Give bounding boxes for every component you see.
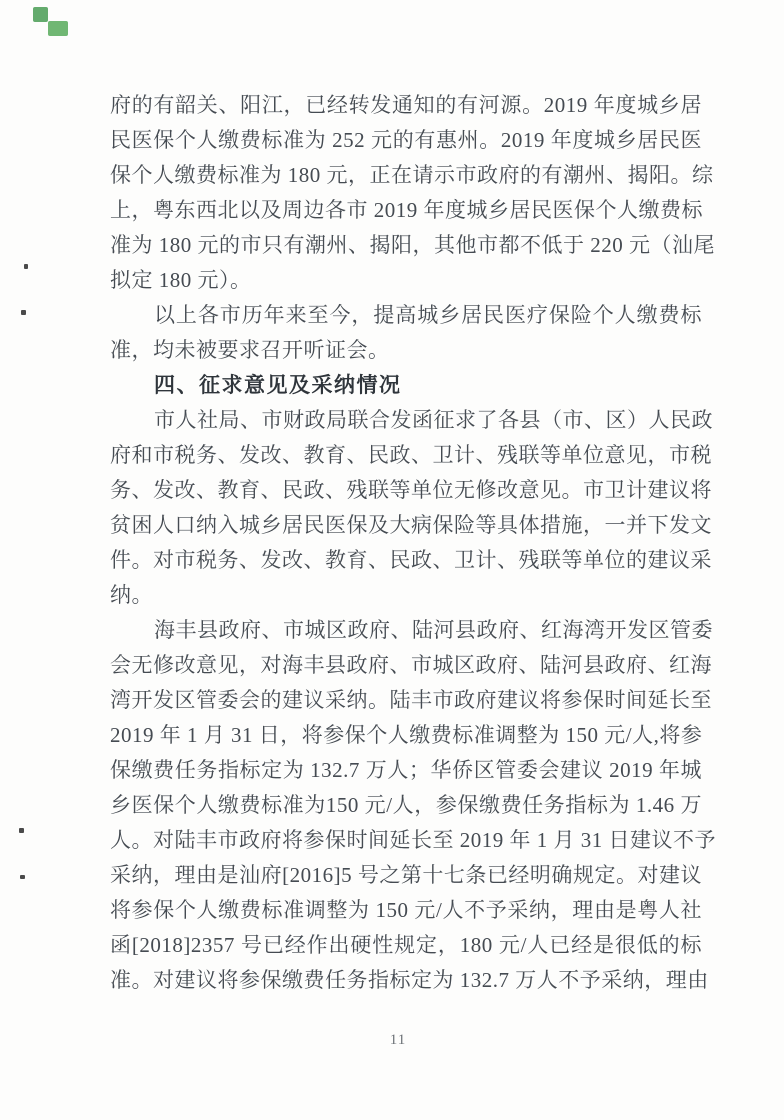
document-line: 人。对陆丰市政府将参保时间延长至 2019 年 1 月 31 日建议不予 [110,823,702,858]
document-line: 民医保个人缴费标准为 252 元的有惠州。2019 年度城乡居民医 [110,123,702,158]
document-line: 府的有韶关、阳江，已经转发通知的有河源。2019 年度城乡居 [110,88,702,123]
scanned-document-page: 府的有韶关、阳江，已经转发通知的有河源。2019 年度城乡居民医保个人缴费标准为… [0,0,784,1120]
document-line: 纳。 [110,578,702,613]
document-line: 湾开发区管委会的建议采纳。陆丰市政府建议将参保时间延长至 [110,683,702,718]
document-line: 海丰县政府、市城区政府、陆河县政府、红海湾开发区管委 [110,613,702,648]
scan-artifact-green-square-1 [33,7,48,22]
document-line: 四、征求意见及采纳情况 [110,368,702,403]
document-line: 采纳，理由是汕府[2016]5 号之第十七条已经明确规定。对建议 [110,858,702,893]
document-line: 保个人缴费标准为 180 元，正在请示市政府的有潮州、揭阳。综 [110,158,702,193]
document-line: 将参保个人缴费标准调整为 150 元/人不予采纳，理由是粤人社 [110,893,702,928]
document-line: 件。对市税务、发改、教育、民政、卫计、残联等单位的建议采 [110,543,702,578]
document-line: 府和市税务、发改、教育、民政、卫计、残联等单位意见，市税 [110,438,702,473]
document-line: 函[2018]2357 号已经作出硬性规定，180 元/人已经是很低的标 [110,928,702,963]
document-line: 准为 180 元的市只有潮州、揭阳，其他市都不低于 220 元（汕尾 [110,228,702,263]
scan-artifact-green-square-2 [48,21,68,36]
document-line: 准，均未被要求召开听证会。 [110,333,702,368]
document-line: 上，粤东西北以及周边各市 2019 年度城乡居民医保个人缴费标 [110,193,702,228]
document-line: 保缴费任务指标定为 132.7 万人；华侨区管委会建议 2019 年城 [110,753,702,788]
document-line: 务、发改、教育、民政、残联等单位无修改意见。市卫计建议将 [110,473,702,508]
scan-speck-dot [19,828,24,833]
scan-speck-dot [24,264,28,269]
scan-speck-dot [20,875,25,879]
document-line: 市人社局、市财政局联合发函征求了各县（市、区）人民政 [110,403,702,438]
document-line: 贫困人口纳入城乡居民医保及大病保险等具体措施，一并下发文 [110,508,702,543]
scan-speck-dot [21,310,26,315]
page-number: 11 [6,1032,784,1049]
document-line: 拟定 180 元）。 [110,263,702,298]
document-line: 2019 年 1 月 31 日，将参保个人缴费标准调整为 150 元/人,将参 [110,718,702,753]
document-line: 准。对建议将参保缴费任务指标定为 132.7 万人不予采纳，理由 [110,963,702,998]
document-line: 乡医保个人缴费标准为150 元/人，参保缴费任务指标为 1.46 万 [110,788,702,823]
document-body: 府的有韶关、阳江，已经转发通知的有河源。2019 年度城乡居民医保个人缴费标准为… [110,88,702,998]
document-line: 会无修改意见，对海丰县政府、市城区政府、陆河县政府、红海 [110,648,702,683]
document-line: 以上各市历年来至今，提高城乡居民医疗保险个人缴费标 [110,298,702,333]
